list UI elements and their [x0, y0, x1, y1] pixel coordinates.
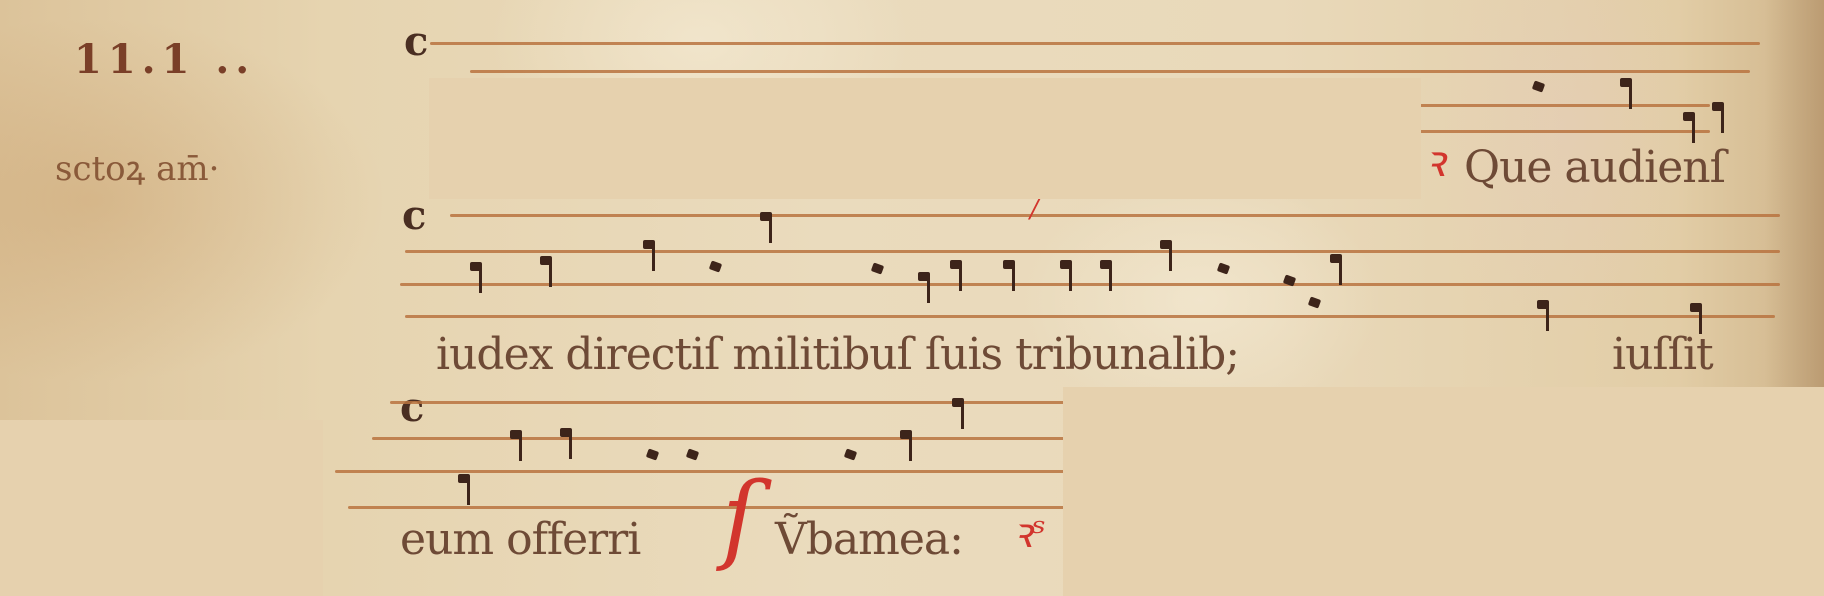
neume-virga: [1060, 260, 1074, 292]
redaction-bottom-left: [0, 420, 323, 596]
rubric-mark: /: [1030, 196, 1039, 222]
redaction-top-center: [429, 78, 1421, 199]
neume-virga: [950, 260, 964, 292]
staff-1-line-3: [1420, 104, 1710, 107]
neume-virga: [1100, 260, 1114, 292]
staff-2-line-3: [400, 283, 1780, 286]
neume-punctum: [1308, 296, 1321, 308]
neume-virga: [1712, 102, 1726, 134]
manuscript-page: 11.1 .. sctoꝝ am̄· c ꝛ Que audienſ c / i…: [0, 0, 1824, 596]
neume-virga: [900, 430, 914, 472]
neume-virga: [470, 262, 484, 294]
staff-1-line-2: [470, 70, 1750, 73]
neume-pes: [760, 212, 774, 252]
lyrics-staff-1: Que audienſ: [1464, 146, 1725, 190]
neume-clivis: [1537, 300, 1551, 340]
lyrics-staff-2: iudex directiſ militibuſ ſuis tribunalib…: [436, 333, 1239, 377]
staff-1-line-4: [1420, 130, 1710, 133]
staff-3-line-4: [348, 506, 1070, 509]
staff-3-line-3: [335, 470, 1070, 473]
rubric-respond-sign-end: ꝛˢ: [1012, 512, 1046, 554]
neume-pes: [510, 430, 524, 460]
neume-punctum: [646, 448, 659, 460]
margin-neumes: 11.1 ..: [74, 40, 255, 80]
c-clef-staff-1: c: [404, 22, 428, 62]
neume-punctum: [871, 262, 884, 274]
neume-virga: [1160, 240, 1174, 272]
neume-virga: [560, 428, 574, 472]
neume-punctum: [1217, 262, 1230, 274]
neume-clivis: [1620, 78, 1634, 138]
c-clef-staff-3: c: [400, 388, 424, 428]
lyrics-staff-2-end: iuſſit: [1612, 333, 1713, 377]
margin-label: sctoꝝ am̄·: [55, 152, 219, 186]
staff-3-line-1: [390, 401, 1070, 404]
rubric-respond-sign: ꝛ: [1424, 140, 1445, 184]
c-clef-staff-2: c: [402, 196, 426, 236]
neume-virga: [1683, 112, 1697, 144]
neume-virga: [540, 256, 554, 288]
page-gutter-shadow: [1764, 0, 1824, 400]
neume-pes: [918, 272, 932, 312]
staff-2-line-4: [405, 315, 1775, 318]
staff-2-line-1: [450, 214, 1780, 217]
neume-punctum: [844, 448, 857, 460]
neume-punctum: [1532, 80, 1545, 92]
staff-3-line-2: [372, 437, 1070, 440]
neume-virga: [643, 240, 657, 272]
redaction-bottom-right: [1063, 387, 1824, 596]
rubric-verse-sign: ſ: [722, 470, 758, 566]
neume-virga: [1003, 260, 1017, 292]
lyrics-staff-3-after-rubric: Ṽbamea:: [775, 518, 963, 562]
lyrics-staff-3: eum offerri: [400, 518, 640, 562]
neume-punctum: [686, 448, 699, 460]
staff-2-line-2: [405, 250, 1780, 253]
staff-1-line-1: [430, 42, 1760, 45]
neume-punctum: [709, 260, 722, 272]
neume-pes: [458, 474, 472, 504]
neume-pes: [1330, 254, 1344, 294]
neume-virga: [952, 398, 966, 430]
